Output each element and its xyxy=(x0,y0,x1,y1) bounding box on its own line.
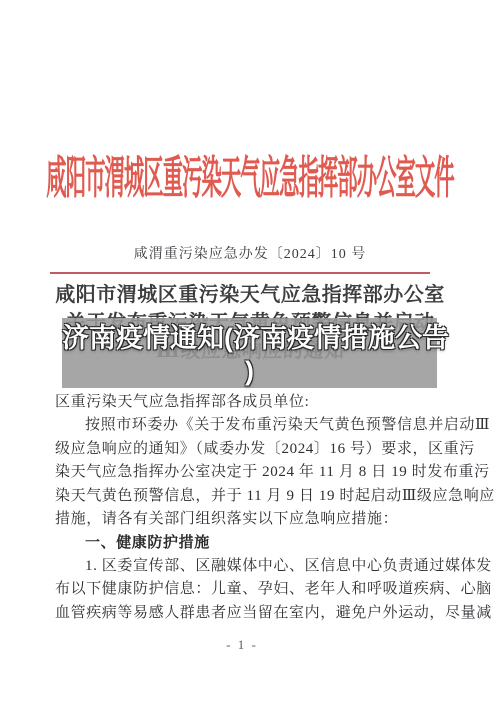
watermark-title-line-2: ) xyxy=(62,355,437,388)
watermark-title-line-1: 济南疫情通知(济南疫情措施公告 xyxy=(62,322,437,355)
paragraph-2: 1. 区委宣传部、区融媒体中心、区信息中心负责通过媒体发布以下健康防护信息：儿童… xyxy=(55,555,447,625)
document-body: 区重污染天气应急指挥部各成员单位: 按照市环委办《关于发布重污染天气黄色预警信息… xyxy=(55,391,447,625)
document-title-line: 咸阳市渭城区重污染天气应急指挥部办公室 xyxy=(0,281,500,309)
paragraph-2-line: 血管疾病等易感人群患者应当留在室内，避免户外运动，尽量减 xyxy=(55,602,447,625)
watermark-overlay-title: 济南疫情通知(济南疫情措施公告 ) xyxy=(62,322,437,388)
paragraph-1-line: 级应急响应的通知》（咸委办发〔2024〕16 号）要求，区重污 xyxy=(55,438,447,461)
paragraph-2-line: 1. 区委宣传部、区融媒体中心、区信息中心负责通过媒体发 xyxy=(55,555,447,578)
page-number: - 1 - xyxy=(0,637,484,653)
scanned-document-page: 咸阳市渭城区重污染天气应急指挥部办公室文件 咸渭重污染应急办发〔2024〕10 … xyxy=(0,0,500,706)
letterhead-banner: 咸阳市渭城区重污染天气应急指挥部办公室文件 xyxy=(0,146,500,206)
paragraph-1-line: 措施，请各有关部门组织落实以下应急响应措施： xyxy=(55,508,447,531)
document-number: 咸渭重污染应急办发〔2024〕10 号 xyxy=(0,243,500,263)
paragraph-1-line: 按照市环委办《关于发布重污染天气黄色预警信息并启动Ⅲ xyxy=(55,414,447,437)
salutation-line: 区重污染天气应急指挥部各成员单位: xyxy=(55,391,447,414)
paragraph-1-line: 染天气黄色预警信息，并于 11 月 9 日 19 时起启动Ⅲ级应急响应 xyxy=(55,485,447,508)
red-divider-rule xyxy=(50,272,430,274)
paragraph-1: 按照市环委办《关于发布重污染天气黄色预警信息并启动Ⅲ级应急响应的通知》（咸委办发… xyxy=(55,414,447,531)
section-heading-health-measures: 一、健康防护措施 xyxy=(55,531,447,554)
paragraph-2-line: 布以下健康防护信息：儿童、孕妇、老年人和呼吸道疾病、心脑 xyxy=(55,578,447,601)
paragraph-1-line: 染天气应急指挥办公室决定于 2024 年 11 月 8 日 19 时发布重污 xyxy=(55,461,447,484)
letterhead-title: 咸阳市渭城区重污染天气应急指挥部办公室文件 xyxy=(46,144,453,209)
